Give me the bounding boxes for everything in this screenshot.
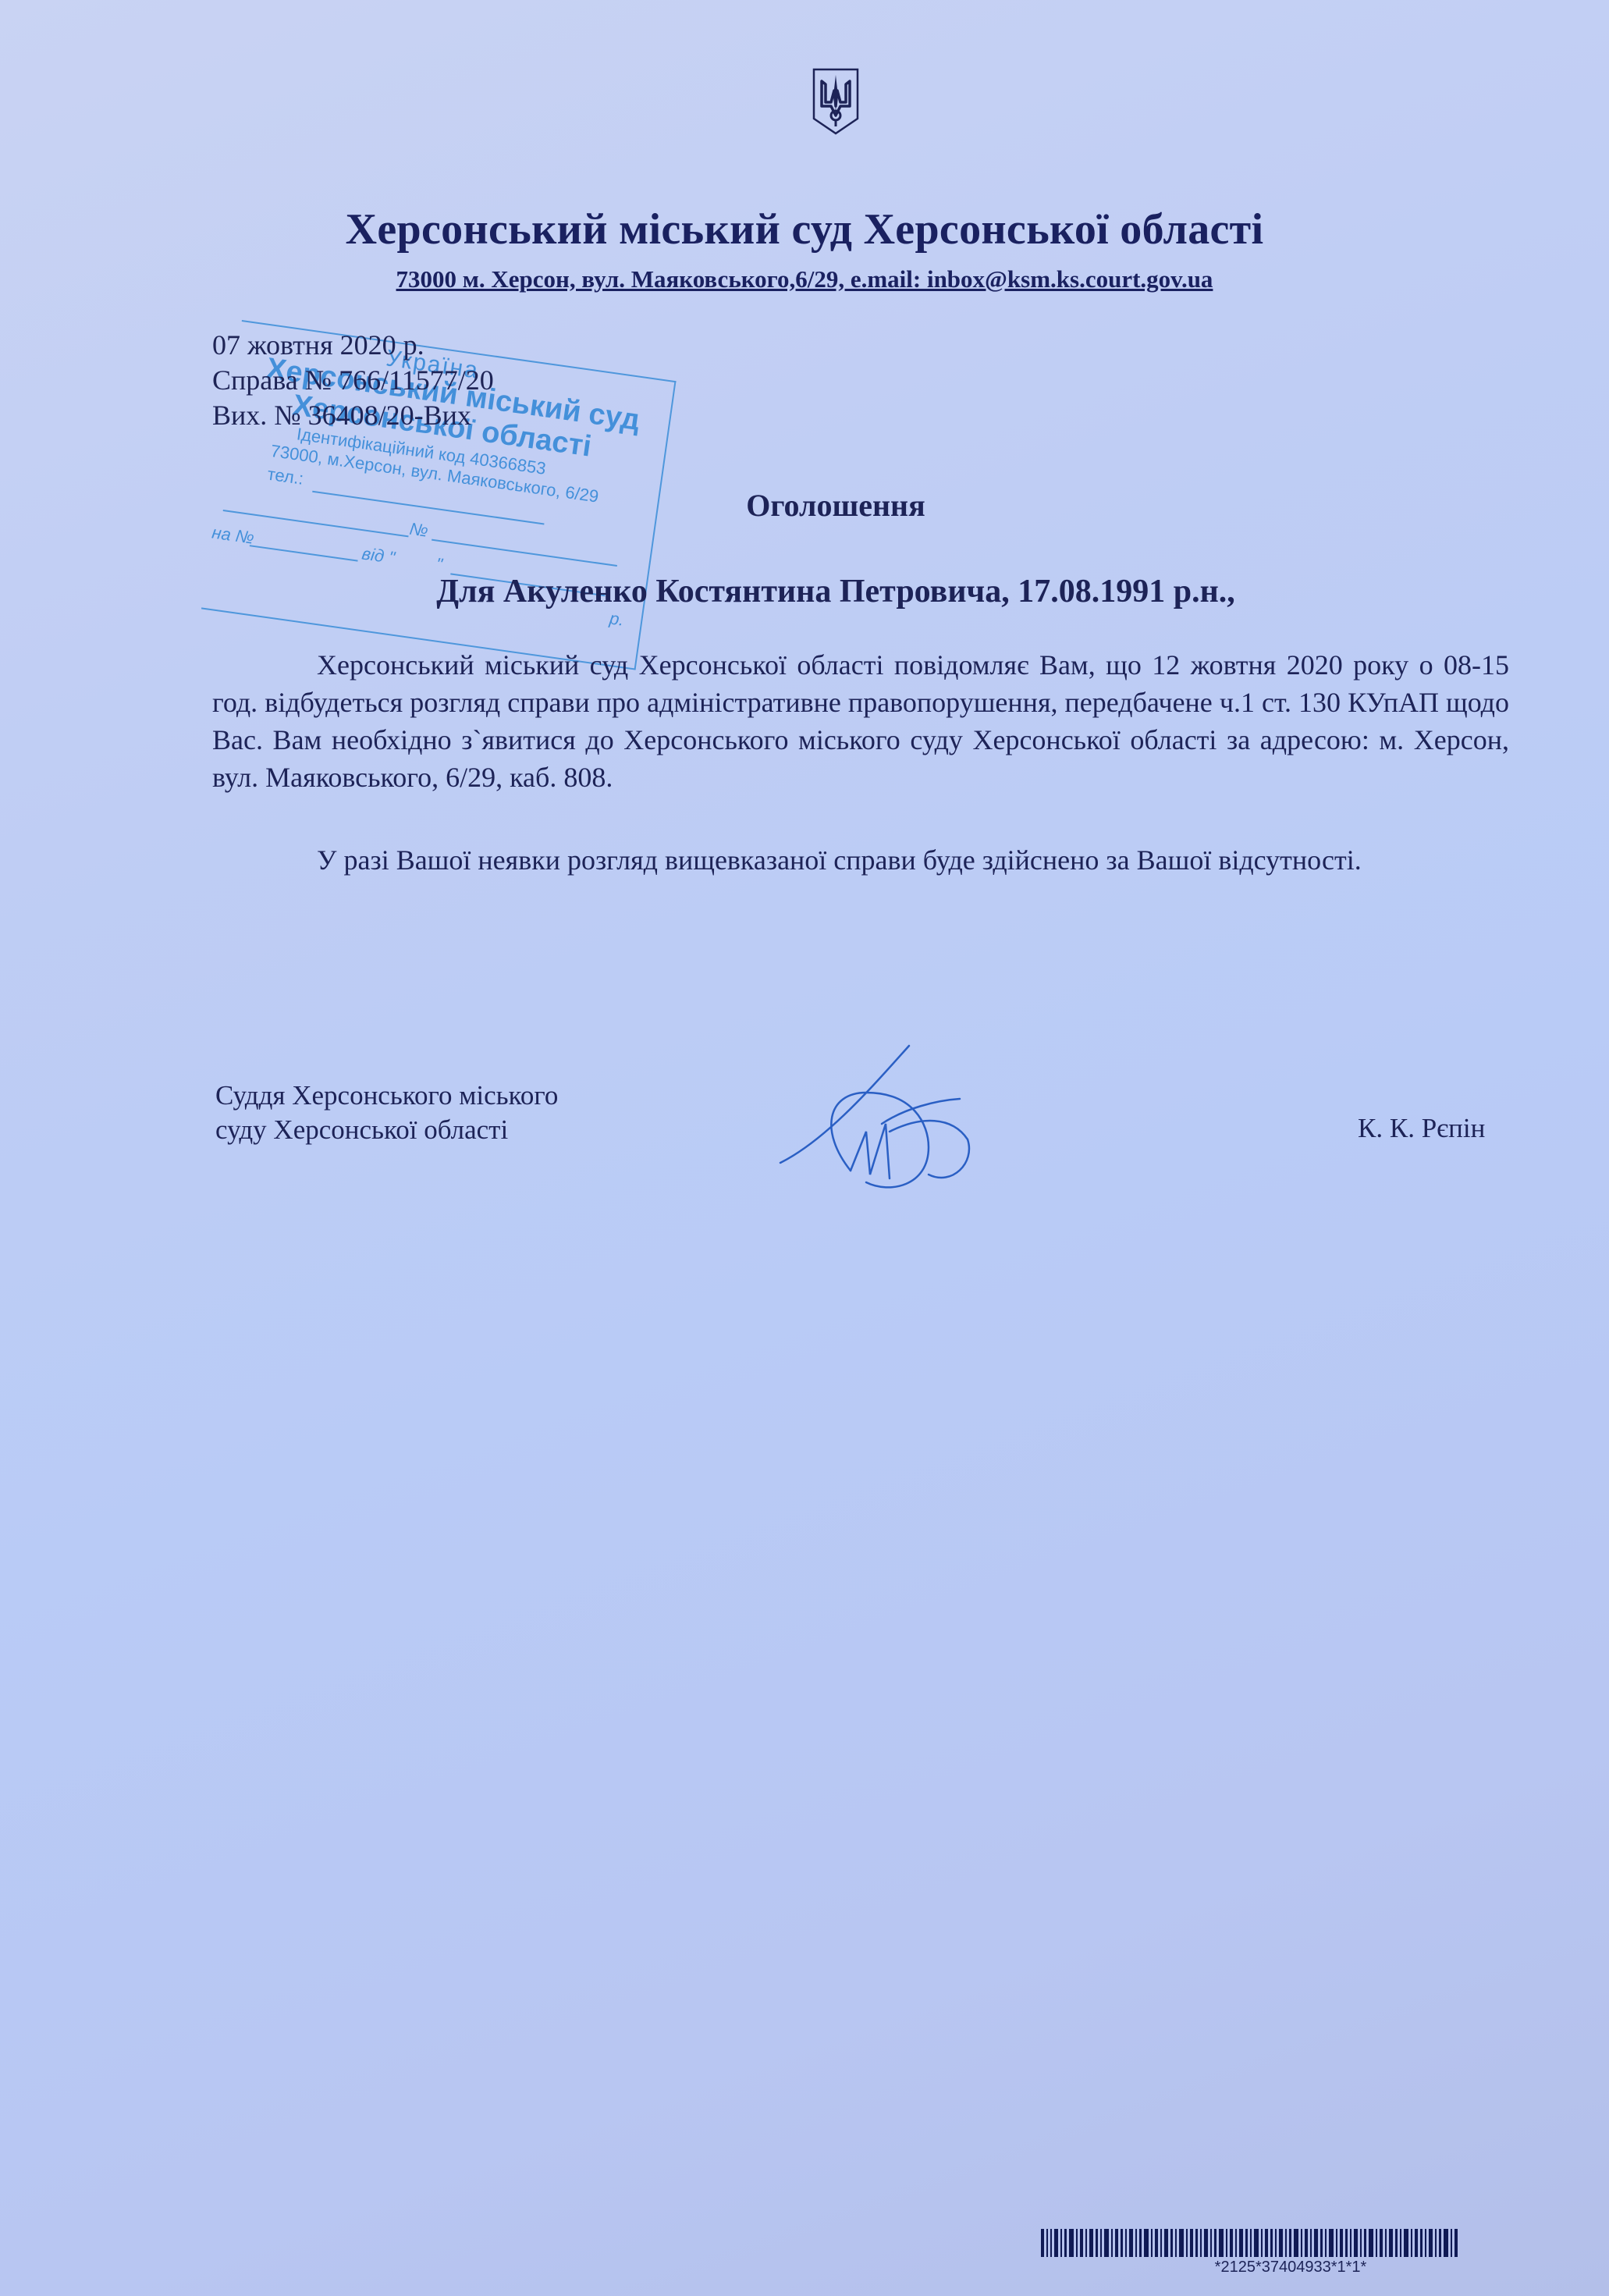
judge-title: Суддя Херсонського міського суду Херсонс… bbox=[215, 1079, 558, 1147]
document-heading: Оголошення bbox=[0, 487, 1609, 524]
judge-title-line2: суду Херсонської області bbox=[215, 1113, 558, 1147]
court-name-title: Херсонський міський суд Херсонської обла… bbox=[0, 204, 1609, 254]
court-address: 73000 м. Херсон, вул. Маяковського,6/29,… bbox=[0, 265, 1609, 293]
notice-paragraph: Херсонський міський суд Херсонської обла… bbox=[212, 646, 1509, 796]
absence-paragraph: У разі Вашої неявки розгляд вищевказаної… bbox=[212, 841, 1509, 879]
notice-paragraph-text: Херсонський міський суд Херсонської обла… bbox=[212, 649, 1509, 793]
handwritten-signature bbox=[733, 1038, 1061, 1202]
stamp-year-suffix: р. bbox=[609, 608, 626, 630]
judge-title-line1: Суддя Херсонського міського bbox=[215, 1079, 558, 1113]
document-date: 07 жовтня 2020 р. bbox=[212, 328, 494, 363]
case-number: Справа № 766/11577/20 bbox=[212, 363, 494, 398]
barcode-number: *2125*37404933*1*1* bbox=[1041, 2259, 1540, 2276]
document-meta: 07 жовтня 2020 р. Справа № 766/11577/20 … bbox=[212, 328, 494, 433]
barcode bbox=[1041, 2229, 1540, 2257]
outgoing-number: Вих. № 36408/20-Вих bbox=[212, 398, 494, 433]
judge-name: К. К. Рєпін bbox=[1358, 1113, 1485, 1144]
absence-paragraph-text: У разі Вашої неявки розгляд вищевказаної… bbox=[317, 844, 1362, 876]
coat-of-arms-icon bbox=[812, 67, 860, 136]
addressee-line: Для Акуленко Костянтина Петровича, 17.08… bbox=[0, 573, 1609, 610]
